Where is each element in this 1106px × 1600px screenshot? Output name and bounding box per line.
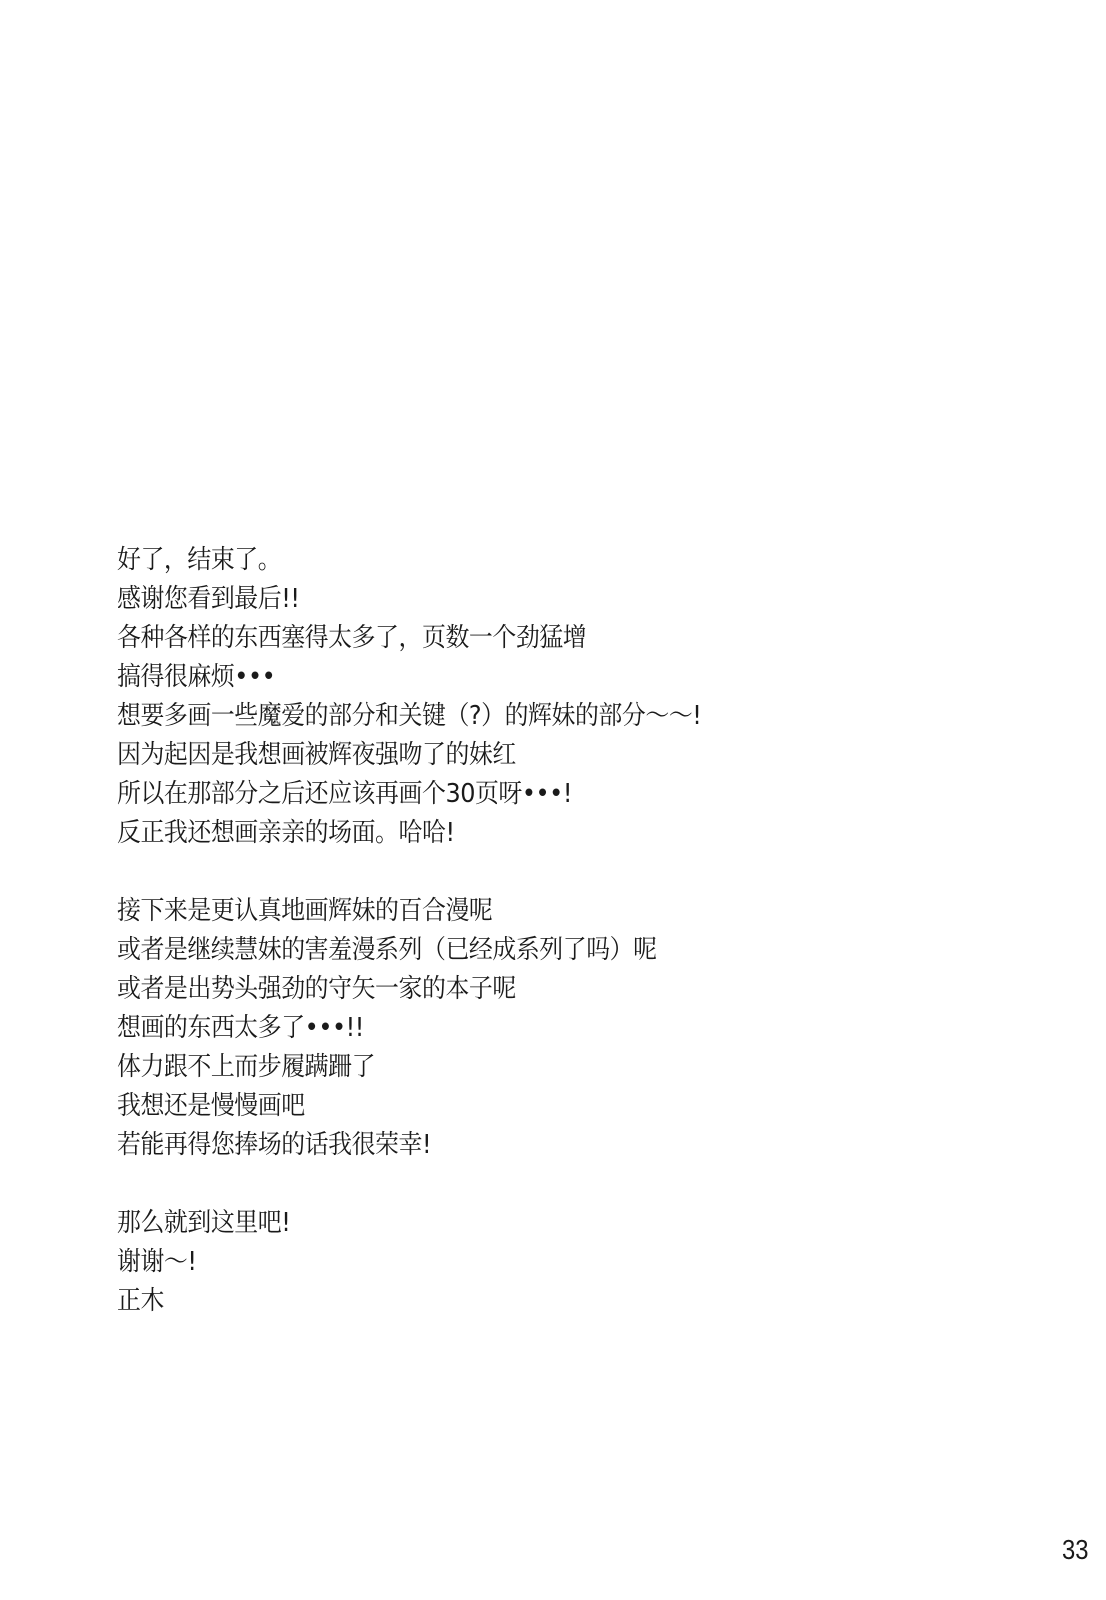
text-line: 各种各样的东西塞得太多了，页数一个劲猛增 <box>117 619 945 658</box>
text-line: 所以在那部分之后还应该再画个30页呀•••! <box>117 775 945 814</box>
text-line: 我想还是慢慢画吧 <box>117 1087 945 1126</box>
text-line: 接下来是更认真地画辉妹的百合漫呢 <box>117 892 945 931</box>
text-line: 那么就到这里吧! <box>117 1204 945 1243</box>
text-line: 反正我还想画亲亲的场面。哈哈! <box>117 814 945 853</box>
paragraph-signoff: 那么就到这里吧! 谢谢～! 正木 <box>117 1204 1017 1321</box>
paragraph-closing-thanks: 好了，结束了。 感谢您看到最后!! 各种各样的东西塞得太多了，页数一个劲猛增 搞… <box>117 541 1017 853</box>
author-signature: 正木 <box>117 1282 945 1321</box>
page-number: 33 <box>1062 1534 1088 1566</box>
text-line: 想画的东西太多了•••!! <box>117 1009 945 1048</box>
text-line: 谢谢～! <box>117 1243 945 1282</box>
text-line: 因为起因是我想画被辉夜强吻了的妹红 <box>117 736 945 775</box>
text-line: 若能再得您捧场的话我很荣幸! <box>117 1126 945 1165</box>
text-line: 或者是出势头强劲的守矢一家的本子呢 <box>117 970 945 1009</box>
paragraph-spacer <box>117 1165 1017 1204</box>
text-line: 或者是继续慧妹的害羞漫系列（已经成系列了吗）呢 <box>117 931 945 970</box>
afterword-text: 好了，结束了。 感谢您看到最后!! 各种各样的东西塞得太多了，页数一个劲猛增 搞… <box>117 541 1017 1321</box>
text-line: 想要多画一些魔爱的部分和关键（?）的辉妹的部分～～! <box>117 697 945 736</box>
text-line: 好了，结束了。 <box>117 541 945 580</box>
manga-afterword-page: 好了，结束了。 感谢您看到最后!! 各种各样的东西塞得太多了，页数一个劲猛增 搞… <box>0 0 1106 1600</box>
text-line: 感谢您看到最后!! <box>117 580 945 619</box>
text-line: 搞得很麻烦••• <box>117 658 945 697</box>
paragraph-spacer <box>117 853 1017 892</box>
text-line: 体力跟不上而步履蹒跚了 <box>117 1048 945 1087</box>
paragraph-future-plans: 接下来是更认真地画辉妹的百合漫呢 或者是继续慧妹的害羞漫系列（已经成系列了吗）呢… <box>117 892 1017 1165</box>
